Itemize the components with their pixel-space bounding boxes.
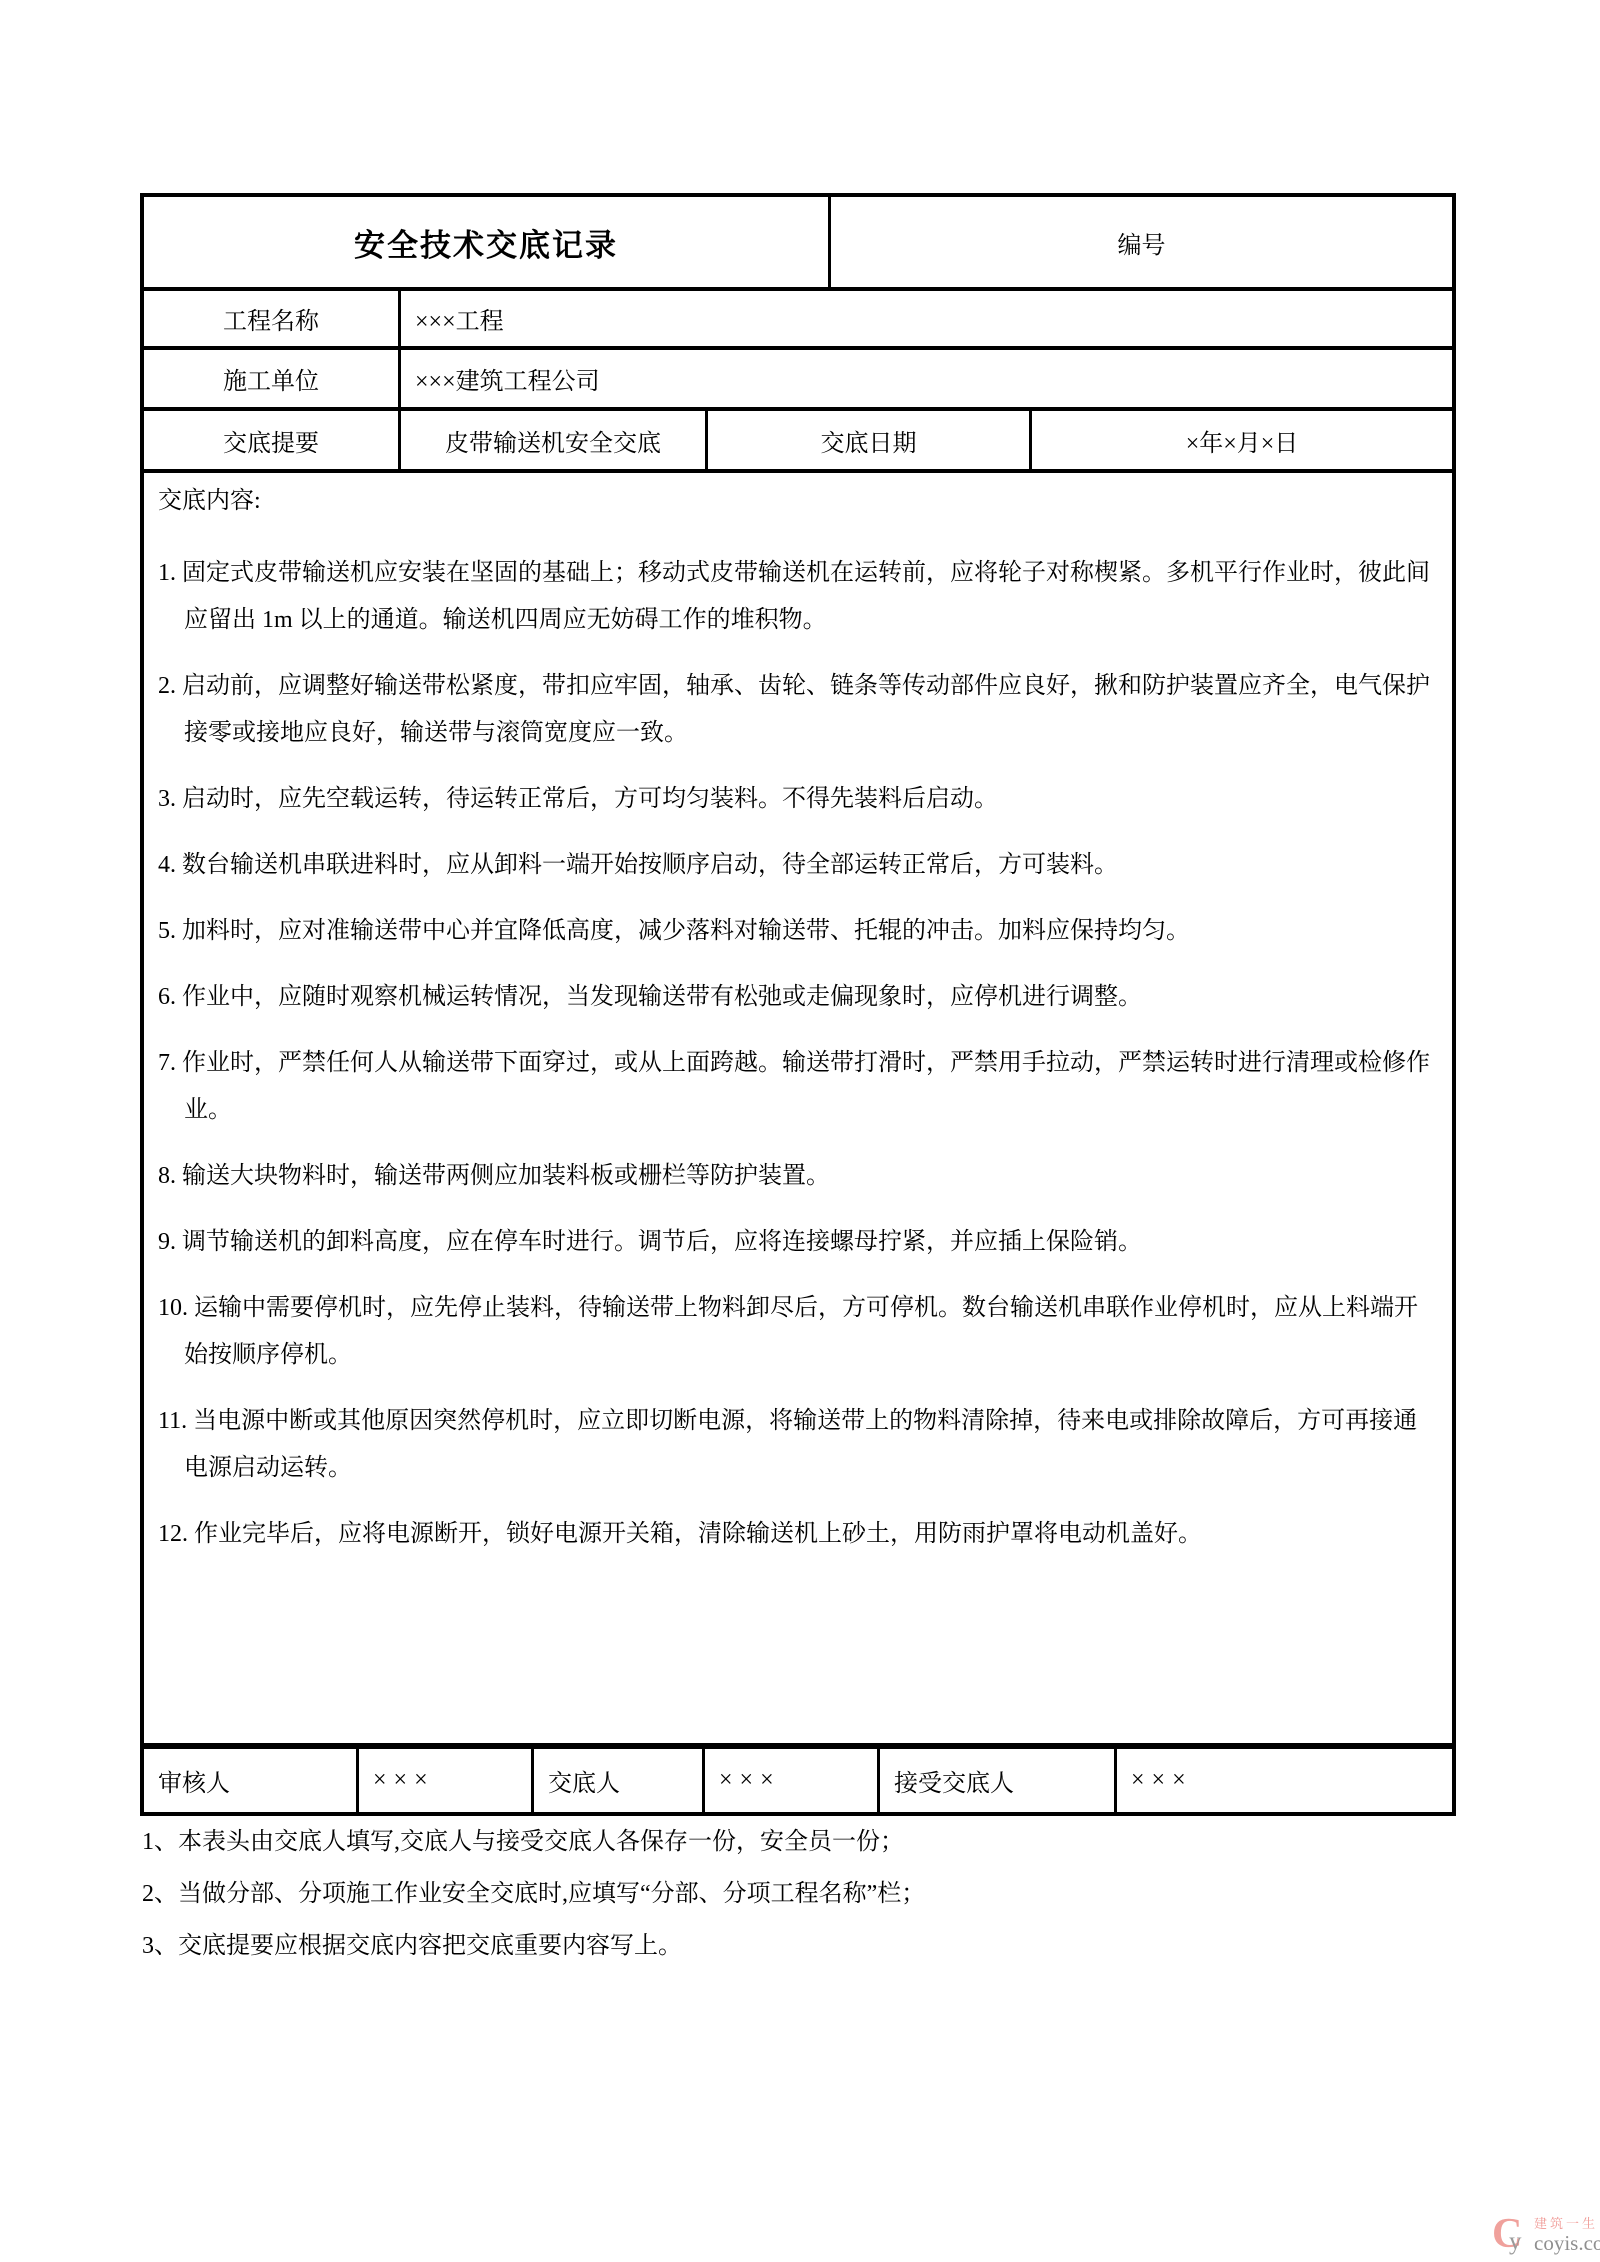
disclosure-content-row: 交底内容: 1.固定式皮带输送机应安装在坚固的基础上；移动式皮带输送机在运转前，… <box>144 469 1452 1743</box>
content-item: 7.作业时，严禁任何人从输送带下面穿过，或从上面跨越。输送带打滑时，严禁用手拉动… <box>154 1040 1440 1134</box>
watermark-brand: 建筑一生 <box>1534 2216 1600 2231</box>
content-item: 12.作业完毕后，应将电源断开，锁好电源开关箱，清除输送机上砂土，用防雨护罩将电… <box>154 1511 1440 1558</box>
item-text: 调节输送机的卸料高度，应在停车时进行。调节后，应将连接螺母拧紧，并应插上保险销。 <box>182 1229 1142 1255</box>
item-text: 启动时，应先空载运转，待运转正常后，方可均匀装料。不得先装料后启动。 <box>182 786 998 812</box>
content-item: 10.运输中需要停机时，应先停止装料，待输送带上物料卸尽后，方可停机。数台输送机… <box>154 1285 1440 1379</box>
disclosure-summary-value: 皮带输送机安全交底 <box>398 411 705 469</box>
reviewer-value: ××× <box>356 1749 531 1812</box>
item-text: 输送大块物料时，输送带两侧应加装料板或栅栏等防护装置。 <box>182 1163 830 1189</box>
project-name-label: 工程名称 <box>144 291 398 346</box>
item-text: 固定式皮带输送机应安装在坚固的基础上；移动式皮带输送机在运转前，应将轮子对称楔紧… <box>182 560 1430 633</box>
footer-notes: 1、本表头由交底人填写,交底人与接受交底人各保存一份，安全员一份； 2、当做分部… <box>142 1816 925 1972</box>
item-text: 运输中需要停机时，应先停止装料，待输送带上物料卸尽后，方可停机。数台输送机串联作… <box>184 1295 1418 1368</box>
content-item: 8.输送大块物料时，输送带两侧应加装料板或栅栏等防护装置。 <box>154 1153 1440 1200</box>
construction-unit-label: 施工单位 <box>144 350 398 407</box>
content-item: 11.当电源中断或其他原因突然停机时，应立即切断电源，将输送带上的物料清除掉，待… <box>154 1398 1440 1492</box>
item-number: 9. <box>158 1229 176 1255</box>
disclosure-content-cell: 交底内容: 1.固定式皮带输送机应安装在坚固的基础上；移动式皮带输送机在运转前，… <box>144 473 1452 1743</box>
project-name-value: ×××工程 <box>398 291 1452 346</box>
content-item: 1.固定式皮带输送机应安装在坚固的基础上；移动式皮带输送机在运转前，应将轮子对称… <box>154 550 1440 644</box>
footer-note: 3、交底提要应根据交底内容把交底重要内容写上。 <box>142 1920 925 1972</box>
item-number: 10. <box>158 1295 188 1321</box>
discloser-label: 交底人 <box>531 1749 702 1812</box>
construction-unit-row: 施工单位 ×××建筑工程公司 <box>144 346 1452 407</box>
content-heading: 交底内容: <box>158 478 1440 525</box>
document-title: 安全技术交底记录 <box>144 197 828 287</box>
coyis-logo-icon: C y <box>1492 2214 1532 2258</box>
item-text: 作业完毕后，应将电源断开，锁好电源开关箱，清除输送机上砂土，用防雨护罩将电动机盖… <box>194 1521 1202 1547</box>
disclosure-date-value: ×年×月×日 <box>1029 411 1452 469</box>
item-number: 4. <box>158 852 176 878</box>
item-number: 6. <box>158 984 176 1010</box>
reviewer-label: 审核人 <box>144 1749 356 1812</box>
document-page: 安全技术交底记录 编号 工程名称 ×××工程 施工单位 ×××建筑工程公司 交底… <box>0 0 1600 2262</box>
item-text: 启动前，应调整好输送带松紧度，带扣应牢固，轴承、齿轮、链条等传动部件应良好，揪和… <box>182 673 1430 746</box>
document-number-label: 编号 <box>828 197 1452 287</box>
item-number: 11. <box>158 1408 187 1434</box>
disclosure-summary-row: 交底提要 皮带输送机安全交底 交底日期 ×年×月×日 <box>144 407 1452 469</box>
footer-note: 1、本表头由交底人填写,交底人与接受交底人各保存一份，安全员一份； <box>142 1816 925 1868</box>
logo-letter-y: y <box>1509 2228 1522 2256</box>
content-item: 2.启动前，应调整好输送带松紧度，带扣应牢固，轴承、齿轮、链条等传动部件应良好，… <box>154 663 1440 757</box>
item-text: 加料时，应对准输送带中心并宜降低高度，减少落料对输送带、托辊的冲击。加料应保持均… <box>182 918 1190 944</box>
content-item: 5.加料时，应对准输送带中心并宜降低高度，减少落料对输送带、托辊的冲击。加料应保… <box>154 908 1440 955</box>
content-item: 9.调节输送机的卸料高度，应在停车时进行。调节后，应将连接螺母拧紧，并应插上保险… <box>154 1219 1440 1266</box>
watermark-text: 建筑一生 coyis.com <box>1534 2214 1600 2255</box>
table-header-row: 安全技术交底记录 编号 <box>144 197 1452 287</box>
safety-disclosure-table: 安全技术交底记录 编号 工程名称 ×××工程 施工单位 ×××建筑工程公司 交底… <box>140 193 1456 1816</box>
footer-note: 2、当做分部、分项施工作业安全交底时,应填写“分部、分项工程名称”栏； <box>142 1868 925 1920</box>
item-number: 2. <box>158 673 176 699</box>
disclosure-summary-label: 交底提要 <box>144 411 398 469</box>
item-number: 12. <box>158 1521 188 1547</box>
item-number: 5. <box>158 918 176 944</box>
item-text: 作业时，严禁任何人从输送带下面穿过，或从上面跨越。输送带打滑时，严禁用手拉动，严… <box>182 1050 1430 1123</box>
content-item: 6.作业中，应随时观察机械运转情况，当发现输送带有松弛或走偏现象时，应停机进行调… <box>154 974 1440 1021</box>
construction-unit-value: ×××建筑工程公司 <box>398 350 1452 407</box>
item-number: 3. <box>158 786 176 812</box>
signoff-row: 审核人 ××× 交底人 ××× 接受交底人 ××× <box>144 1743 1452 1812</box>
item-number: 7. <box>158 1050 176 1076</box>
watermark-site: coyis.com <box>1534 2231 1600 2255</box>
content-item: 4.数台输送机串联进料时，应从卸料一端开始按顺序启动，待全部运转正常后，方可装料… <box>154 842 1440 889</box>
item-text: 当电源中断或其他原因突然停机时，应立即切断电源，将输送带上的物料清除掉，待来电或… <box>184 1408 1417 1481</box>
item-number: 8. <box>158 1163 176 1189</box>
coyis-watermark: C y 建筑一生 coyis.com <box>1492 2214 1600 2258</box>
receiver-label: 接受交底人 <box>877 1749 1114 1812</box>
disclosure-date-label: 交底日期 <box>705 411 1029 469</box>
content-item: 3.启动时，应先空载运转，待运转正常后，方可均匀装料。不得先装料后启动。 <box>154 776 1440 823</box>
discloser-value: ××× <box>702 1749 877 1812</box>
receiver-value: ××× <box>1114 1749 1452 1812</box>
item-number: 1. <box>158 560 176 586</box>
item-text: 作业中，应随时观察机械运转情况，当发现输送带有松弛或走偏现象时，应停机进行调整。 <box>182 984 1142 1010</box>
item-text: 数台输送机串联进料时，应从卸料一端开始按顺序启动，待全部运转正常后，方可装料。 <box>182 852 1118 878</box>
project-name-row: 工程名称 ×××工程 <box>144 287 1452 346</box>
